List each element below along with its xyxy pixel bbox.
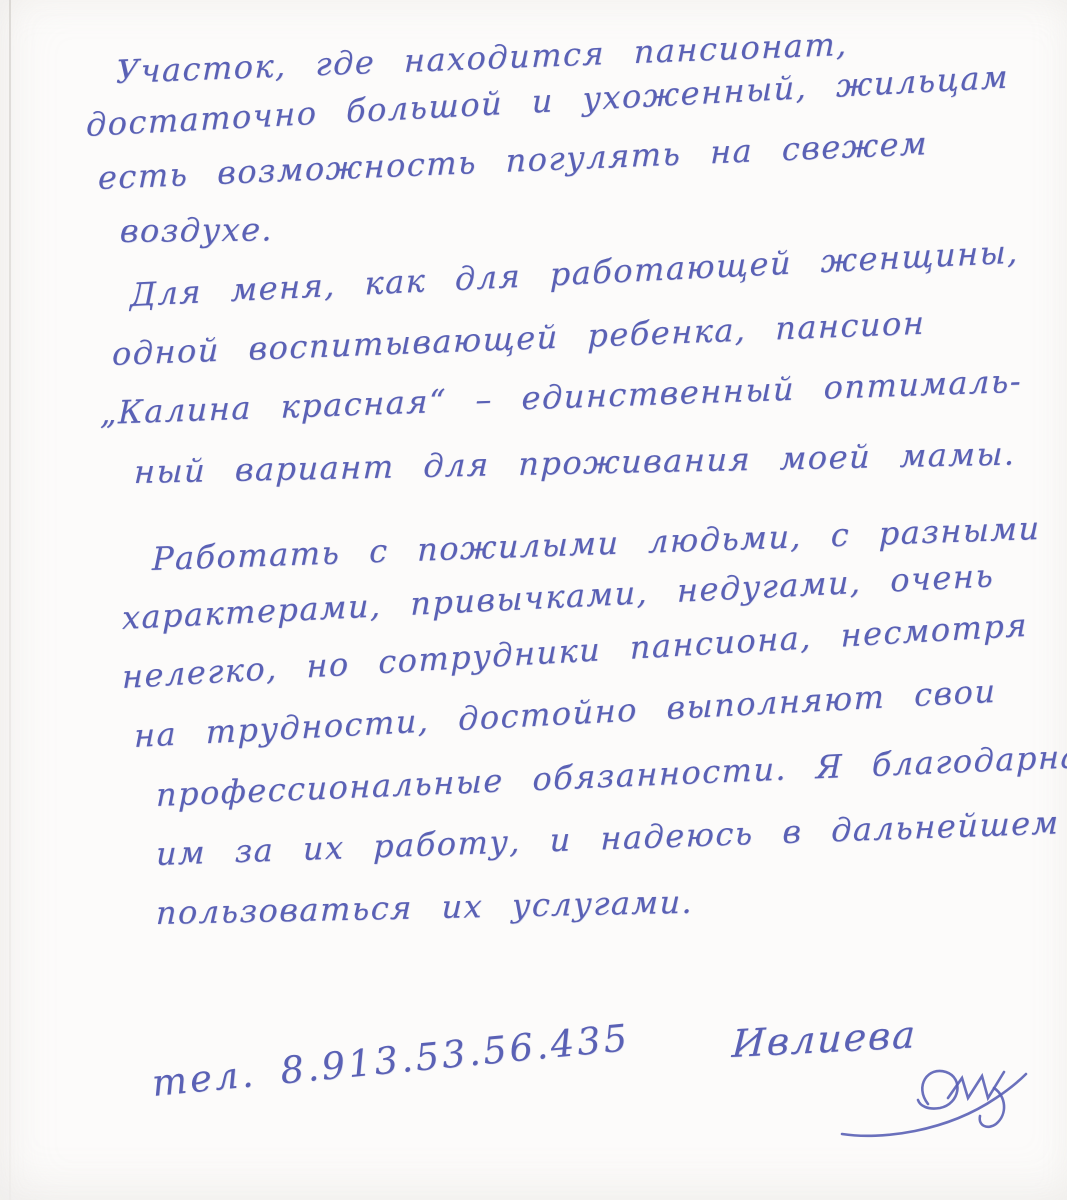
paragraph-pension-choice: Для меня, как для работающей женщины, од…	[112, 266, 1023, 502]
scanned-document-page: Участок, где находится пансионат, достат…	[0, 0, 1067, 1200]
paragraph-grounds: Участок, где находится пансионат, достат…	[98, 46, 1010, 258]
signature-flourish-icon	[836, 1046, 1036, 1151]
signature-block: Ивлиева	[728, 1018, 1048, 1158]
paragraph-staff-gratitude: Работать с пожилыми людьми, с разными ха…	[134, 530, 1067, 943]
phone-number-line: тел. 8.913.53.56.435	[150, 1016, 632, 1105]
